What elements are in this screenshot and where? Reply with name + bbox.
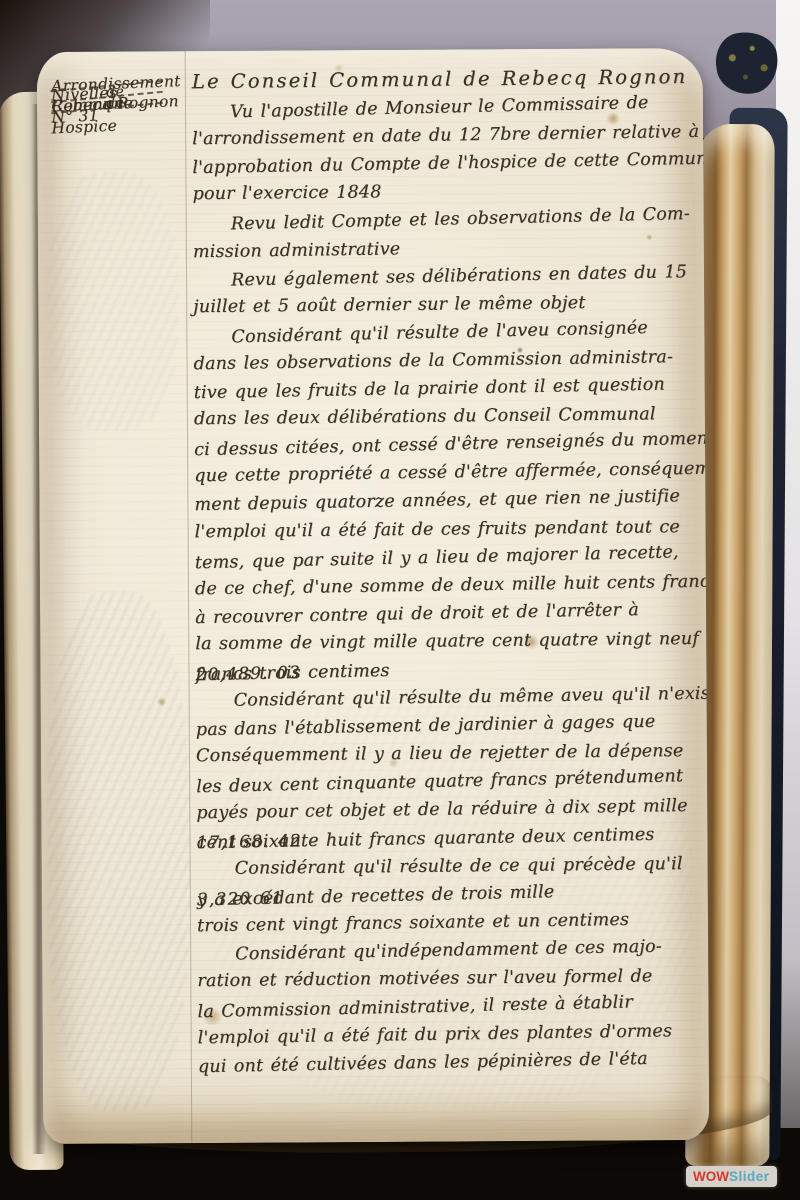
manuscript-body: Le Conseil Communal de Rebecq Rognon Vu … (192, 64, 704, 1078)
ink-showthrough (47, 171, 179, 432)
watermark-slider: Slider (729, 1168, 770, 1185)
margin-annotations: Arrondissement de Nivelles Commune de Re… (51, 75, 187, 118)
handwriting-text: mission administrative (193, 235, 401, 266)
ink-showthrough (46, 591, 191, 1112)
foxing-spot (157, 697, 167, 706)
wowslider-watermark[interactable]: WOWSlider (686, 1166, 777, 1187)
photo-of-manuscript: Arrondissement de Nivelles Commune de Re… (0, 0, 800, 1200)
handwriting-text: pour l'exercice 1848 (192, 179, 381, 209)
margin-note-text: Hospice (51, 118, 117, 138)
amount-value: 20,489. 03 (195, 659, 305, 689)
amount-value: 17,168. 42 (196, 827, 306, 857)
margin-note: Arrondissement (51, 73, 187, 79)
manuscript-page: Arrondissement de Nivelles Commune de Re… (37, 48, 710, 1144)
amount-value: 3,320 61 (197, 884, 288, 914)
watermark-wow: WOW (693, 1168, 729, 1185)
